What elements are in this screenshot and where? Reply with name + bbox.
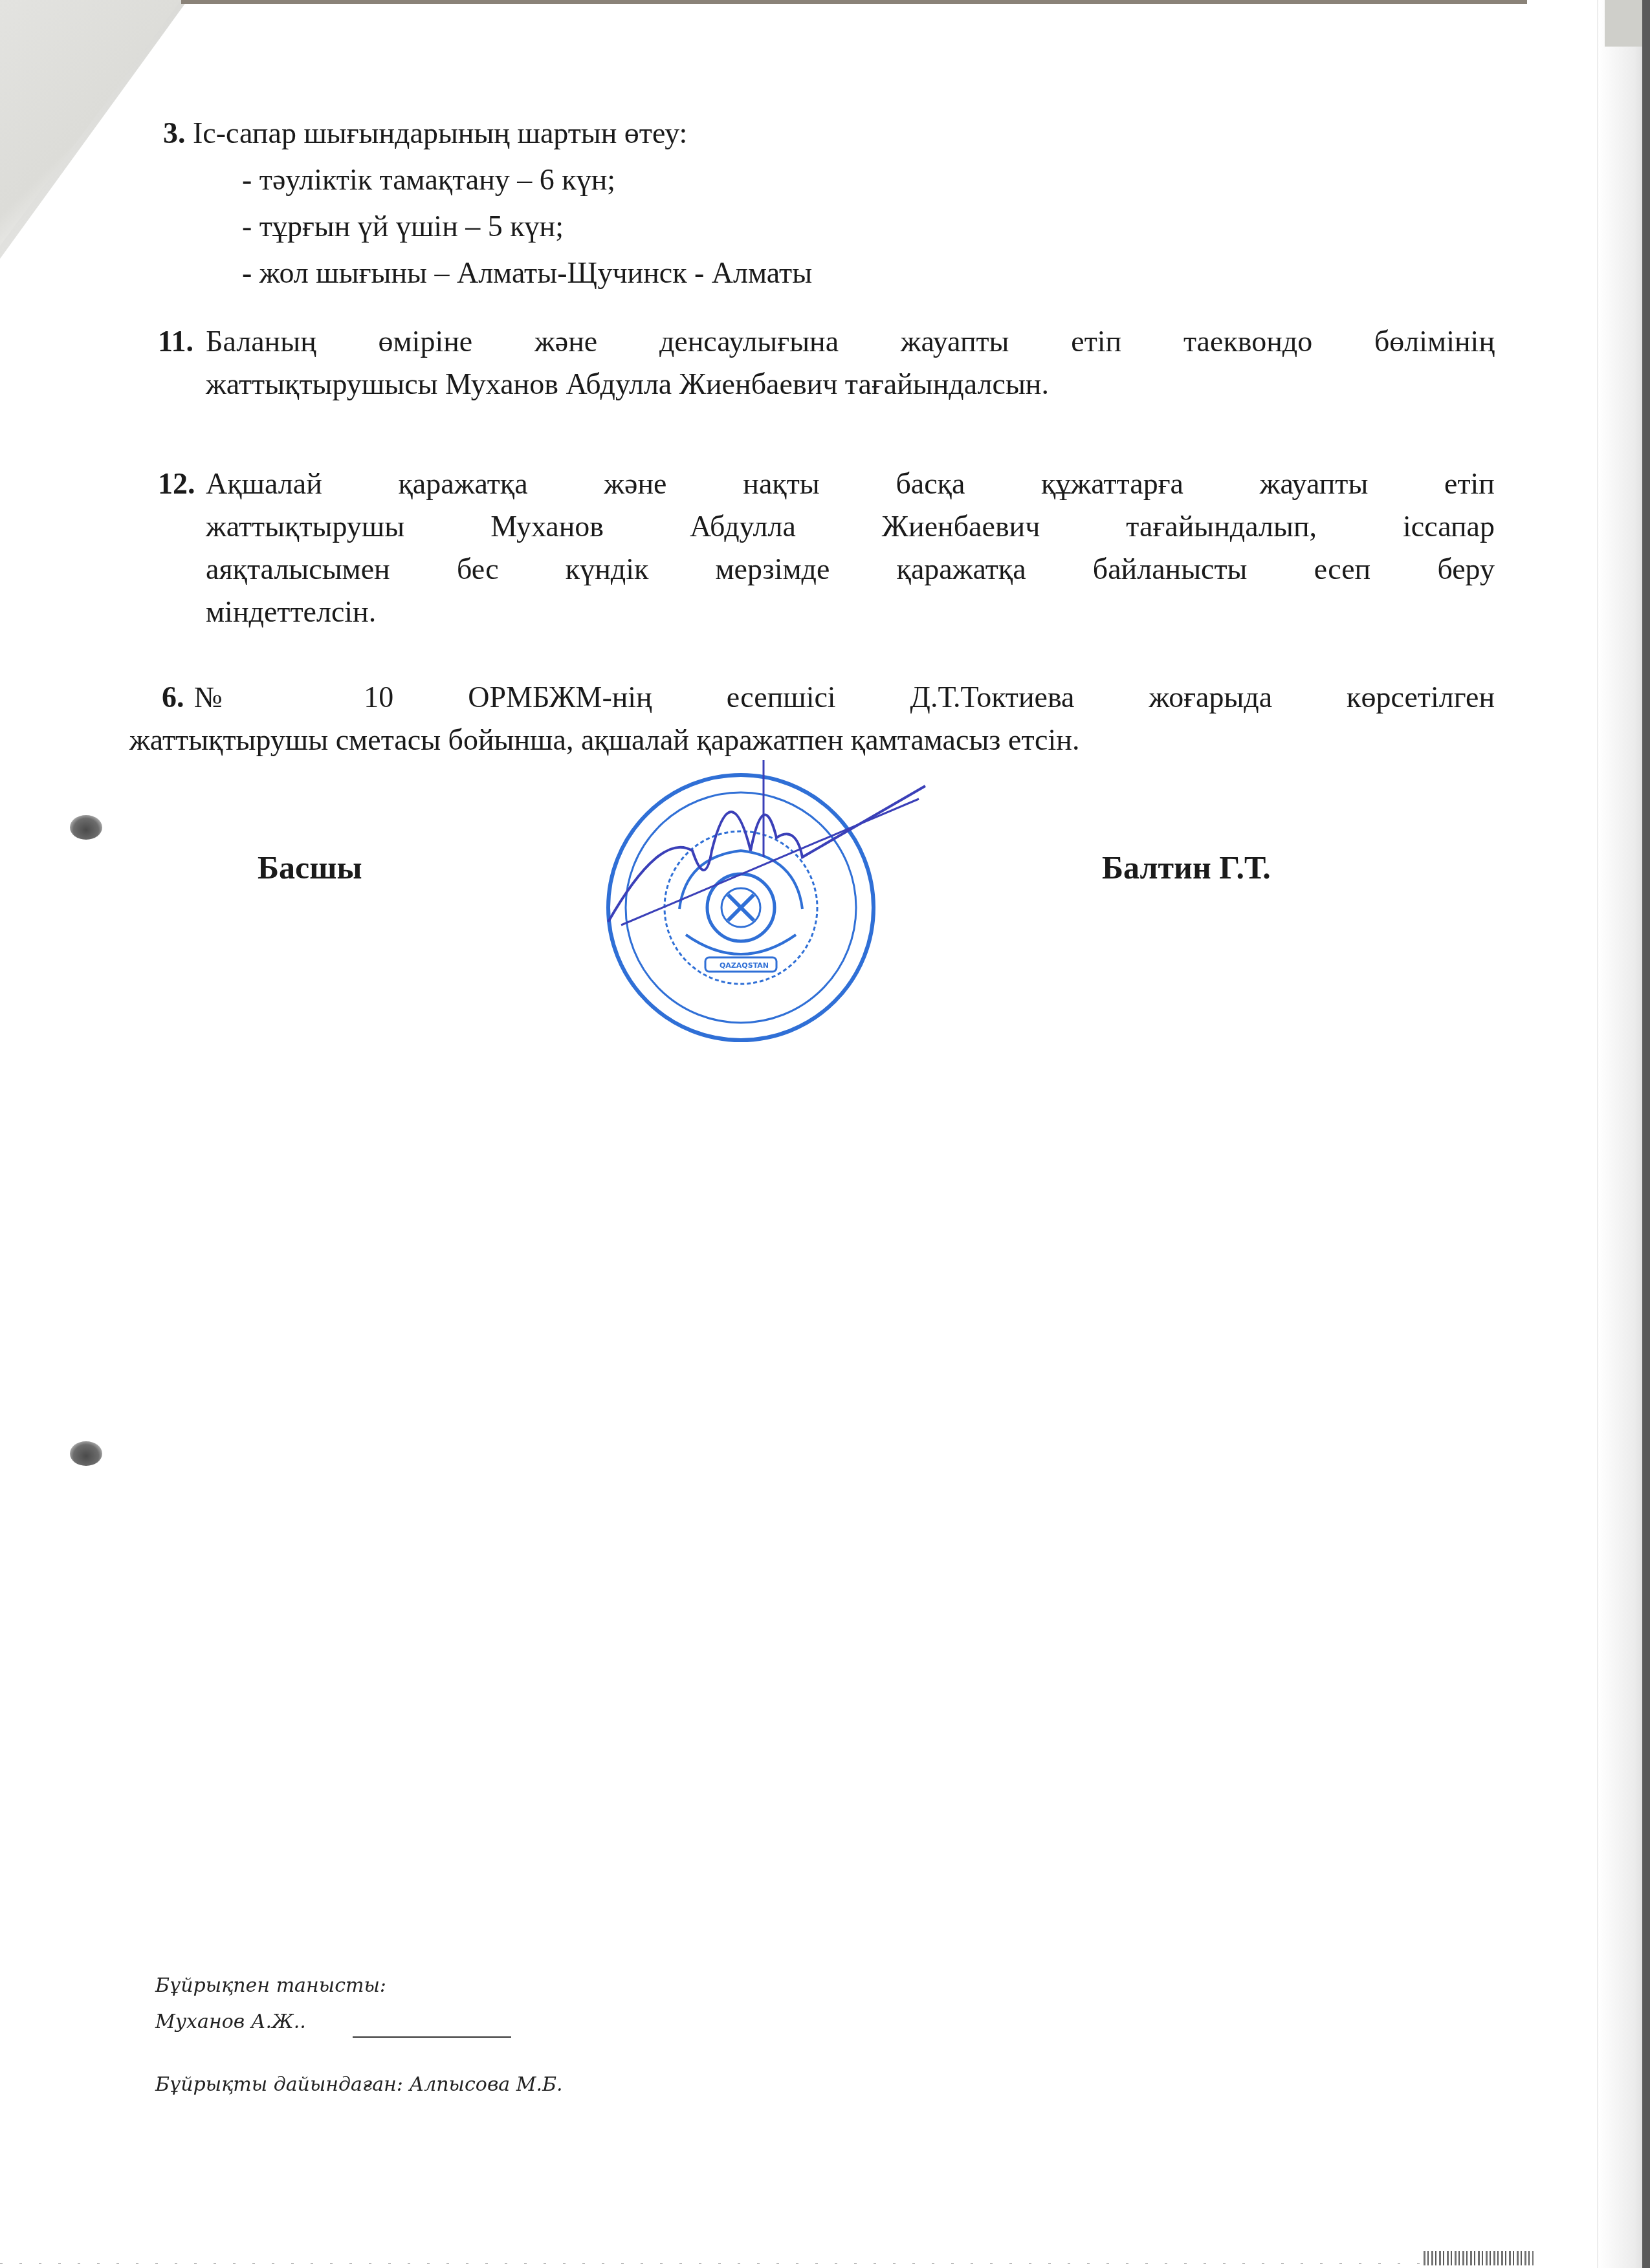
section-number: 12. <box>158 466 195 502</box>
section-number: 3. <box>163 116 186 149</box>
official-seal-icon: QAZAQSTAN <box>582 760 932 1045</box>
section-12-text: Ақшалай қаражатқа және нақты басқа құжат… <box>206 463 1495 633</box>
paragraph-line: № 10 ОРМБЖМ-нің есепшісі Д.Т.Токтиева жо… <box>129 676 1495 719</box>
section-title: Іс-сапар шығындарының шартын өтеу: <box>193 116 687 149</box>
signatory-role: Басшы <box>258 849 362 886</box>
signature-line <box>353 2036 511 2038</box>
acquainted-name: Муханов А.Ж.. <box>155 2011 306 2033</box>
signatory-name: Балтин Г.Т. <box>1102 849 1271 886</box>
section-11-text: Баланың өміріне және денсаулығына жауапт… <box>206 320 1495 406</box>
prepared-by: Бұйрықты дайындаған: Алпысова М.Б. <box>155 2073 563 2096</box>
paragraph-line: Баланың өміріне және денсаулығына жауапт… <box>206 320 1495 363</box>
section-3-heading: 3. Іс-сапар шығындарының шартын өтеу: <box>163 115 687 151</box>
scan-bottom-edge <box>0 2263 1424 2264</box>
list-item: - тұрғын үй үшін – 5 күн; <box>242 208 564 245</box>
scan-top-edge <box>181 0 1527 4</box>
paragraph-line: жаттықтырушы сметасы бойынша, ақшалай қа… <box>129 719 1495 761</box>
scan-right-border <box>1642 0 1650 2268</box>
scan-barcode-artifact <box>1424 2251 1534 2265</box>
seal-emblem-label: QAZAQSTAN <box>720 961 769 970</box>
paragraph-line: жаттықтырушысы Муханов Абдулла Жиенбаеви… <box>206 363 1495 406</box>
section-6-text: № 10 ОРМБЖМ-нің есепшісі Д.Т.Токтиева жо… <box>129 676 1495 761</box>
paragraph-line: Ақшалай қаражатқа және нақты басқа құжат… <box>206 463 1495 505</box>
punch-hole <box>70 1441 102 1466</box>
section-number: 11. <box>158 323 193 360</box>
paragraph-line: міндеттелсін. <box>206 591 1495 633</box>
list-item: - жол шығыны – Алматы-Щучинск - Алматы <box>242 255 812 291</box>
punch-hole <box>70 815 102 840</box>
acquainted-label: Бұйрықпен танысты: <box>155 1974 386 1997</box>
paragraph-line: жаттықтырушы Муханов Абдулла Жиенбаевич … <box>206 505 1495 548</box>
list-item: - тәуліктік тамақтану – 6 күн; <box>242 162 615 198</box>
paragraph-line: аяқталысымен бес күндік мерзімде қаражат… <box>206 548 1495 591</box>
scan-right-edge-corner <box>1605 0 1642 47</box>
